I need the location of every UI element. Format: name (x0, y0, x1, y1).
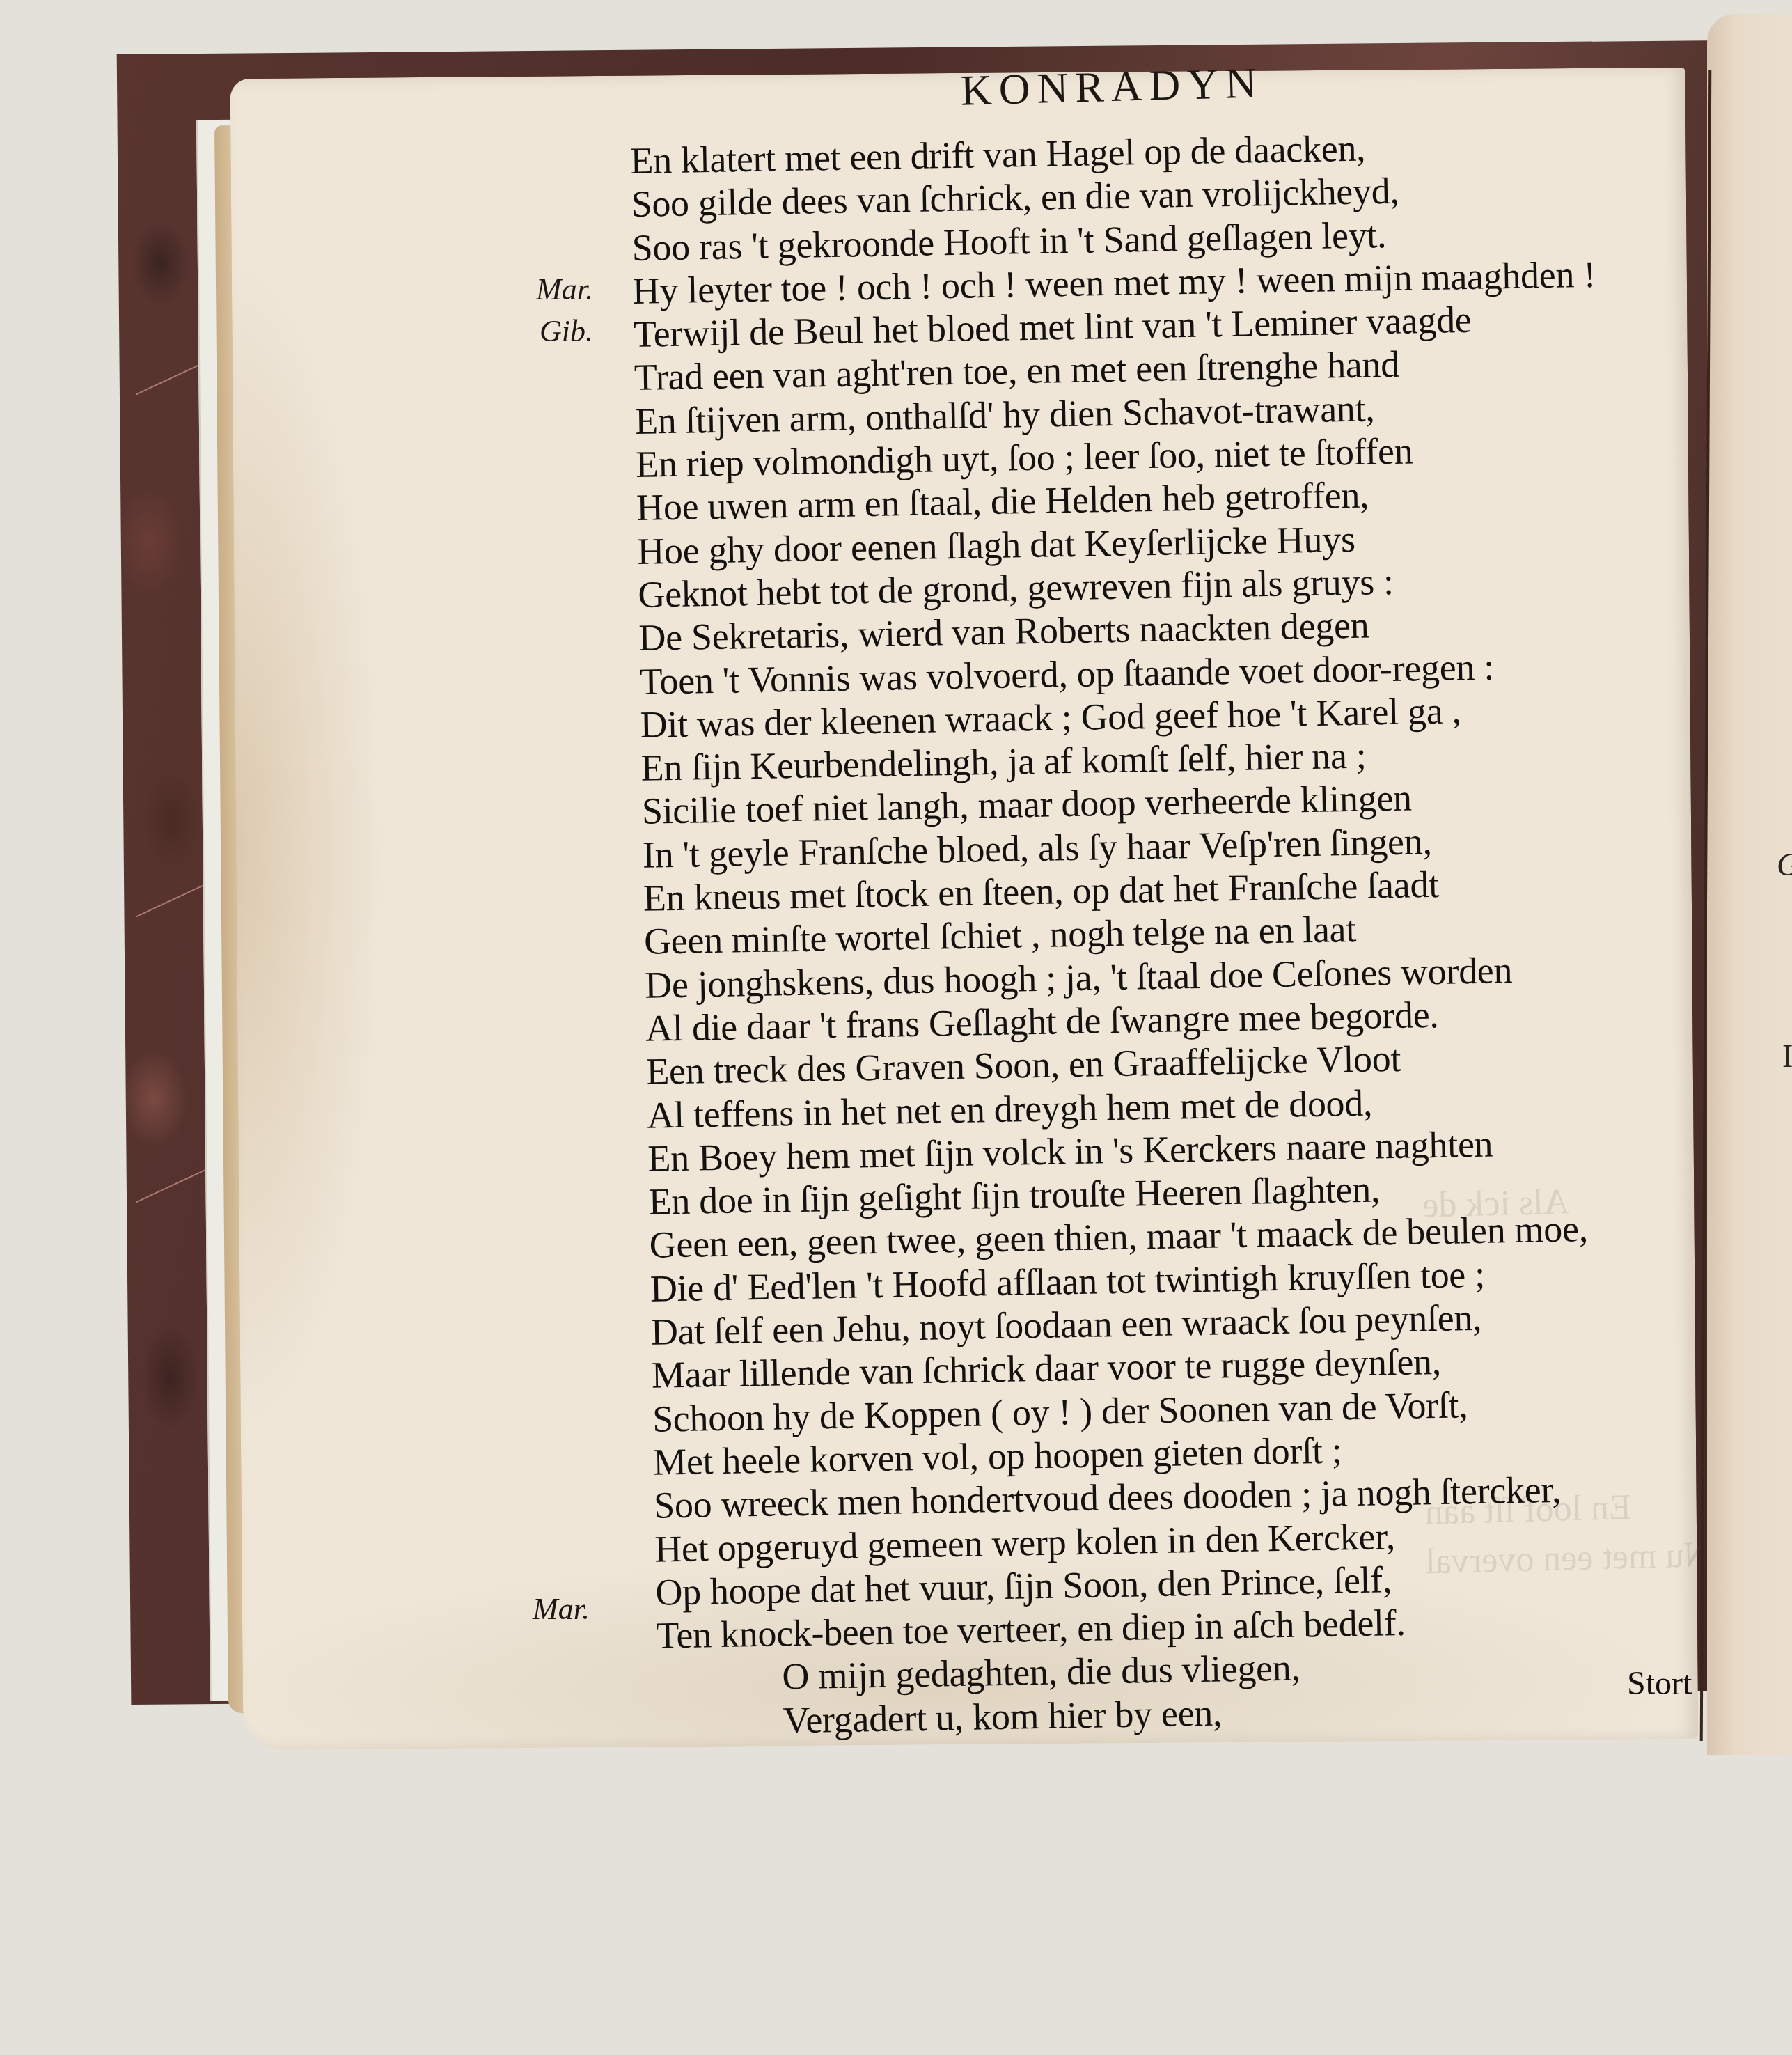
facing-page-letter: I (1782, 1038, 1792, 1075)
facing-page-letter: G (1777, 846, 1792, 883)
verse-block: En klatert met een drift van Hagel op de… (630, 122, 1667, 1744)
speaker-label: Mar. (533, 1591, 590, 1627)
speaker-label: Mar. (536, 272, 593, 307)
running-head: KONRADYN (960, 58, 1264, 116)
speaker-label: Gib. (540, 313, 593, 349)
facing-page: G I (1707, 14, 1792, 1755)
catchword: Stort (1627, 1664, 1692, 1703)
